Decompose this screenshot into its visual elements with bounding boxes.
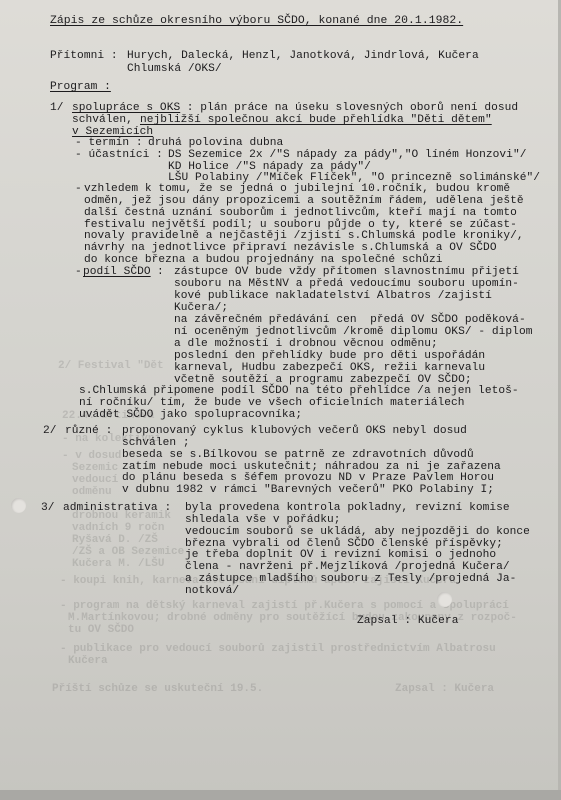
present-label: Přítomni : [50, 50, 118, 62]
punch-hole [11, 498, 26, 513]
bleed-through-line: vadních 9 ročn [72, 522, 164, 534]
bleed-through-line: Sezemic [72, 462, 118, 474]
item-text: notková/ [185, 585, 239, 597]
bleed-through-line: Kučera [68, 655, 108, 667]
subitem-text: DS Sezemice 2x /"S nápady za pády","O lí… [168, 149, 526, 161]
bleed-through-line: Příští schůze se uskuteční 19.5. [52, 683, 263, 695]
item-text: beseda se s.Bílkovou se patrně ze zdravo… [122, 449, 474, 461]
bleed-through-line: - publikace pro vedoucí souborů zajistil… [60, 643, 496, 655]
item-closing-text: ní ročníku/ tím, že bude ve všech oficie… [79, 397, 465, 409]
item-text: je třeba doplnit OV i revizní komisi o j… [185, 549, 496, 561]
item-text: shledala vše v pořádku; [185, 514, 341, 526]
subitem-text: kové publikace nakladatelství Albatros /… [174, 290, 492, 302]
item-number: 2/ [43, 425, 57, 437]
subitem-label-participants: - účastníci : [75, 149, 163, 161]
item-text: byla provedena kontrola pokladny, revizn… [185, 502, 510, 514]
item-text: v dubnu 1982 v rámci "Barevných večerů" … [122, 484, 494, 496]
punch-hole [437, 592, 452, 607]
item-text: do plánu beseda s šéfem provozu ND v Pra… [122, 472, 494, 484]
item-number: 3/ [41, 502, 55, 514]
subitem-text: ní oceněným jednotlivcům /kromě diplomu … [174, 326, 532, 338]
item-text: schválen ; [122, 437, 190, 449]
subitem-text: vzhledem k tomu, že se jedná o jubilejní… [84, 183, 510, 195]
item-text: vedoucím souborů se ukládá, aby nejpozdě… [185, 526, 530, 538]
subitem-text: a dle možností i drobnou věcnou odměnu; [174, 338, 438, 350]
bleed-through-line: Ryšavá D. /ZŠ [72, 534, 158, 546]
present-names: Hurych, Dalecká, Henzl, Janotková, Jindr… [127, 50, 479, 62]
subitem-text: souboru na MěstNV a předá vedoucímu soub… [174, 278, 519, 290]
subitem-label-share-text: podíl SČDO [83, 266, 151, 278]
bleed-through-line: tu OV SČDO [68, 624, 134, 636]
program-heading: Program : [50, 81, 111, 93]
subitem-text: karneval, Hudbu zabezpečí OKS, režii kar… [174, 362, 485, 374]
item-heading-misc: různé : [65, 425, 112, 437]
present-names-continued: Chlumská /OKS/ [127, 63, 222, 75]
subitem-text: další čestná uznání souborům i jednotliv… [84, 207, 517, 219]
subitem-text: novaly pravidelně a nejčastěji /zjistí s… [84, 230, 524, 242]
item-heading-administration: administrativa : [63, 502, 171, 514]
page-bottom-edge [0, 790, 561, 800]
bleed-through-line: odměnu [72, 486, 112, 498]
bleed-through-line: Kučera M. /LŠU [72, 558, 164, 570]
item-closing-text: s.Chlumská připomene podíl SČDO na této … [79, 385, 519, 397]
item-text: schválen, [72, 114, 140, 126]
item-text: proponovaný cyklus klubových večerů OKS … [122, 425, 467, 437]
subitem-text: zástupce OV bude vždy přítomen slavnostn… [174, 266, 519, 278]
item-text: : plán práce na úseku slovesných oborů n… [180, 102, 518, 114]
bleed-through-line: Zapsal : Kučera [395, 683, 494, 695]
subitem-text: návrhy na jednotlivce připraví nezávisle… [84, 242, 497, 254]
document-page: 2/ Festival "Dět 22.4. Drtinová - na kol… [0, 0, 561, 800]
subitem-text: na závěrečném předávání cen předá OV SČD… [174, 314, 526, 326]
item-text-event: nejbližší společnou akcí bude přehlídka … [140, 114, 492, 126]
bleed-through-line: vedoucí [72, 474, 118, 486]
bleed-through-line: - v dosud [62, 450, 121, 462]
subitem-text: druhá polovina dubna [148, 137, 283, 149]
bleed-through-line: /ZŠ a OB Sezemice [72, 546, 184, 558]
subitem-dash: - [75, 183, 82, 195]
subitem-label-colon: : [157, 266, 164, 278]
subitem-label-date: - termín : [75, 137, 143, 149]
item-text: a zástupce mladšího souboru z Tesly /pro… [185, 573, 516, 585]
bleed-through-line: 2/ Festival "Dět [58, 360, 164, 372]
signature: Zapsal : Kučera [357, 615, 458, 627]
item-number: 1/ [50, 102, 64, 114]
subitem-text: odměn, jež jsou dány propozicemi a soutě… [84, 195, 524, 207]
subitem-text: poslední den přehlídky bude pro děti usp… [174, 350, 485, 362]
item-heading-cooperation: spolupráce s OKS [72, 102, 180, 114]
item-closing-text: uvádět SČDO jako spolupracovníka; [79, 409, 302, 421]
subitem-text: do konce března a budou projednány na sp… [84, 254, 442, 266]
item-text: člena - navrženi př.Mejzlíková /projedná… [185, 561, 510, 573]
document-title: Zápis ze schůze okresního výboru SČDO, k… [50, 15, 463, 27]
subitem-text: Kučera/; [174, 302, 228, 314]
